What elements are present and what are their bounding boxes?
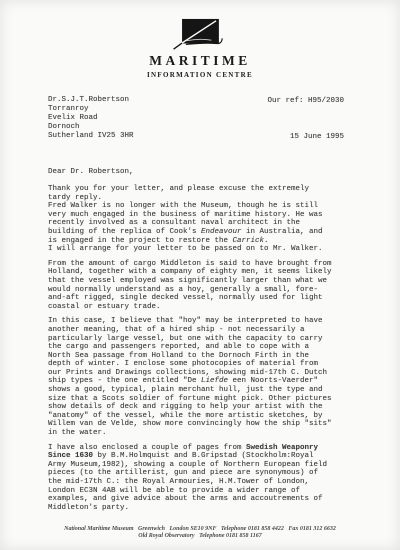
text-line: Evelix Road (48, 114, 134, 123)
text-line: Fred Walker is no longer with the Museum… (48, 202, 338, 211)
salutation: Dear Dr. Robertson, (48, 168, 134, 177)
text-line: that the vessel employed was significant… (48, 277, 338, 286)
text-line: the mid-17th C.: the Royal Armouries, H.… (48, 478, 338, 487)
org-name: MARITIME (0, 53, 400, 69)
text-line: another meaning, that of a hired ship - … (48, 326, 338, 335)
letter-page: MARITIME INFORMATION CENTRE Dr.S.J.T.Rob… (0, 0, 400, 550)
text-line: tardy reply. (48, 194, 338, 203)
our-ref: Our ref: H95/2030 (267, 97, 344, 106)
text-line: recently involved as a consultant naval … (48, 219, 338, 228)
text-line: Sutherland IV25 3HR (48, 132, 134, 141)
text-line: ship types - the one entitled "De Liefde… (48, 377, 338, 386)
text-line: Dornoch (48, 123, 134, 132)
text-line: in the water. (48, 429, 338, 438)
text-line: Holland, together with a company of eigh… (48, 268, 338, 277)
reference-block: Our ref: H95/2030 15 June 1995 (224, 97, 344, 147)
letter-date: 15 June 1995 (290, 133, 344, 142)
text-line: In this case, I believe that "hoy" may b… (48, 317, 338, 326)
text-line: examples, and give advice about the arms… (48, 495, 338, 504)
text-line: London EC3N 4AB will be able to provide … (48, 487, 338, 496)
text-line: shows a good, typical, plain merchant hu… (48, 386, 338, 395)
text-line: would normally understand as a hoy, gene… (48, 286, 338, 295)
text-line: Willem van de Velde, show more convincin… (48, 420, 338, 429)
text-line: Middleton's party. (48, 504, 338, 513)
text-line: the cargo and passengers reported, and a… (48, 343, 338, 352)
footer-line-2: Old Royal Observatory Telephone 0181 858… (0, 533, 400, 541)
text-line: and-aft rigged, single decked vessel, no… (48, 294, 338, 303)
text-line: Thank you for your letter, and please ex… (48, 185, 338, 194)
body-paragraph-2: From the amount of cargo Middleton is sa… (48, 260, 338, 312)
text-line: Torranroy (48, 105, 134, 114)
text-line: is engaged in the project to restore the… (48, 237, 338, 246)
text-line: I will arrange for your letter to be pas… (48, 245, 338, 254)
text-line: Since 1630 by B.M.Holmquist and B.Gripst… (48, 452, 338, 461)
ship-logo-icon (168, 18, 232, 52)
org-subtitle: INFORMATION CENTRE (0, 71, 400, 79)
body-paragraph-1: Thank you for your letter, and please ex… (48, 185, 338, 254)
text-line: size that a Scots soldier of fortune mig… (48, 395, 338, 404)
recipient-address: Dr.S.J.T.RobertsonTorranroyEvelix RoadDo… (48, 96, 134, 141)
text-line: pieces (to the artillerist, gun and piec… (48, 469, 338, 478)
text-line: particularly large vessel, but one with … (48, 335, 338, 344)
text-line: coastal or estuary trade. (48, 303, 338, 312)
text-line: depth of winter. I enclose some photocop… (48, 360, 338, 369)
text-line: building of the replica of Cook's Endeav… (48, 228, 338, 237)
body-paragraph-3: In this case, I believe that "hoy" may b… (48, 317, 338, 437)
text-line: I have also enclosed a couple of pages f… (48, 444, 338, 453)
text-line: Dr.S.J.T.Robertson (48, 96, 134, 105)
letterhead: MARITIME INFORMATION CENTRE (0, 18, 400, 79)
footer-line-1: National Maritime Museum Greenwich Londo… (0, 526, 400, 534)
body-paragraph-4: I have also enclosed a couple of pages f… (48, 444, 338, 513)
letter-body: Thank you for your letter, and please ex… (48, 185, 338, 518)
text-line: show details of deck and rigging to help… (48, 403, 338, 412)
letter-footer: National Maritime Museum Greenwich Londo… (0, 526, 400, 541)
text-line: North Sea passage from Holland to the Do… (48, 352, 338, 361)
